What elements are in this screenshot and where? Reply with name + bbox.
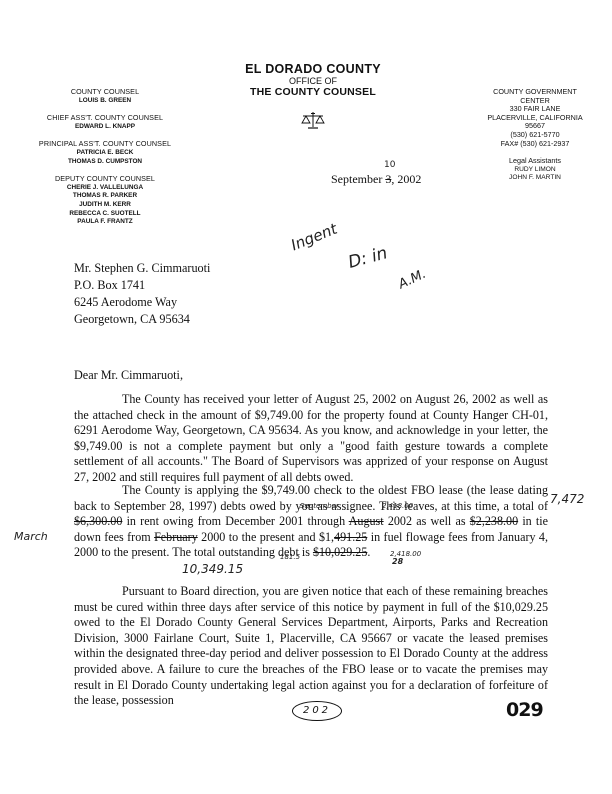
staff-name: THOMAS R. PARKER bbox=[0, 192, 210, 201]
letter-date: September 3, 2002 bbox=[331, 172, 421, 187]
handwritten-correction: 10,349.15 bbox=[182, 562, 243, 576]
letterhead: EL DORADO COUNTY OFFICE OF THE COUNTY CO… bbox=[228, 62, 398, 98]
handwritten-correction: March bbox=[14, 530, 48, 543]
paragraph-text: 2002 as well as bbox=[384, 514, 470, 528]
staff-title: DEPUTY COUNTY COUNSEL bbox=[0, 175, 210, 184]
handwritten-correction: 28 bbox=[392, 557, 403, 566]
legal-assistant-name: JOHN F. MARTIN bbox=[470, 174, 600, 183]
handwritten-note: D: in bbox=[346, 243, 390, 273]
paragraph-text: . bbox=[367, 545, 370, 559]
staff-name: EDWARD L. KNAPP bbox=[0, 123, 210, 132]
struck-amount: 491.25 bbox=[334, 530, 367, 544]
staff-name: CHERIE J. VALLELUNGA bbox=[0, 184, 210, 193]
scales-of-justice-icon bbox=[300, 110, 326, 130]
handwritten-correction: 181.5 bbox=[280, 553, 300, 561]
staff-name: REBECCA C. SUOTELL bbox=[0, 210, 210, 219]
recipient-line: 6245 Aerodome Way bbox=[74, 294, 210, 311]
staff-name: THOMAS D. CUMPSTON bbox=[0, 158, 210, 167]
staff-name: LOUIS B. GREEN bbox=[0, 97, 210, 106]
recipient-line: Georgetown, CA 95634 bbox=[74, 311, 210, 328]
recipient-line: P.O. Box 1741 bbox=[74, 277, 210, 294]
paragraph-text: The County has received your letter of A… bbox=[74, 392, 548, 484]
staff-group: CHIEF ASS'T. COUNTY COUNSEL EDWARD L. KN… bbox=[0, 114, 210, 131]
handwritten-correction: 2,418.00 bbox=[382, 502, 413, 510]
body-paragraph: Pursuant to Board direction, you are giv… bbox=[74, 584, 548, 709]
handwritten-correction: 7,472 bbox=[550, 492, 584, 506]
letter-page: COUNTY COUNSEL LOUIS B. GREEN CHIEF ASS'… bbox=[0, 0, 612, 794]
paragraph-text: Pursuant to Board direction, you are giv… bbox=[74, 584, 548, 707]
recipient-address: Mr. Stephen G. Cimmaruoti P.O. Box 1741 … bbox=[74, 260, 210, 328]
contact-block: COUNTY GOVERNMENT CENTER 330 FAIR LANE P… bbox=[470, 88, 600, 183]
office-of: OFFICE OF bbox=[228, 76, 398, 86]
org-name: EL DORADO COUNTY bbox=[228, 62, 398, 76]
staff-name: PATRICIA E. BECK bbox=[0, 149, 210, 158]
staff-group: DEPUTY COUNTY COUNSEL CHERIE J. VALLELUN… bbox=[0, 175, 210, 227]
struck-amount: $2,238.00 bbox=[470, 514, 518, 528]
recipient-line: Mr. Stephen G. Cimmaruoti bbox=[74, 260, 210, 277]
struck-month: August bbox=[349, 514, 384, 528]
legal-assistants-label: Legal Assistants bbox=[470, 157, 600, 166]
staff-name: PAULA F. FRANTZ bbox=[0, 218, 210, 227]
page-stamp: 029 bbox=[506, 699, 543, 721]
circled-number: 202 bbox=[292, 701, 342, 721]
staff-title: COUNTY COUNSEL bbox=[0, 88, 210, 97]
handwritten-note: Ingent bbox=[288, 220, 339, 255]
paragraph-text: in rent owing from December 2001 through bbox=[122, 514, 348, 528]
staff-name: JUDITH M. KERR bbox=[0, 201, 210, 210]
struck-amount: $10,029.25 bbox=[313, 545, 367, 559]
staff-title: CHIEF ASS'T. COUNTY COUNSEL bbox=[0, 114, 210, 123]
office-name: THE COUNTY COUNSEL bbox=[228, 86, 398, 98]
struck-month: February bbox=[154, 530, 198, 544]
body-paragraph: The County is applying the $9,749.00 che… bbox=[74, 483, 548, 561]
handwritten-note: A.M. bbox=[396, 267, 428, 293]
staff-group: COUNTY COUNSEL LOUIS B. GREEN bbox=[0, 88, 210, 105]
date-year: , 2002 bbox=[391, 172, 421, 186]
staff-title: PRINCIPAL ASS'T. COUNTY COUNSEL bbox=[0, 140, 210, 149]
paragraph-text: 2000 to the present and $1, bbox=[198, 530, 334, 544]
contact-line: FAX# (530) 621-2937 bbox=[470, 140, 600, 149]
date-day-handwritten: 10 bbox=[384, 160, 395, 170]
handwritten-correction: September bbox=[300, 502, 339, 510]
staff-group: PRINCIPAL ASS'T. COUNTY COUNSEL PATRICIA… bbox=[0, 140, 210, 166]
struck-amount: $6,300.00 bbox=[74, 514, 122, 528]
staff-list: COUNTY COUNSEL LOUIS B. GREEN CHIEF ASS'… bbox=[0, 88, 210, 236]
salutation: Dear Mr. Cimmaruoti, bbox=[74, 368, 183, 383]
date-month: September bbox=[331, 172, 382, 186]
legal-assistant-name: RUDY LIMON bbox=[470, 166, 600, 175]
body-paragraph: The County has received your letter of A… bbox=[74, 392, 548, 486]
